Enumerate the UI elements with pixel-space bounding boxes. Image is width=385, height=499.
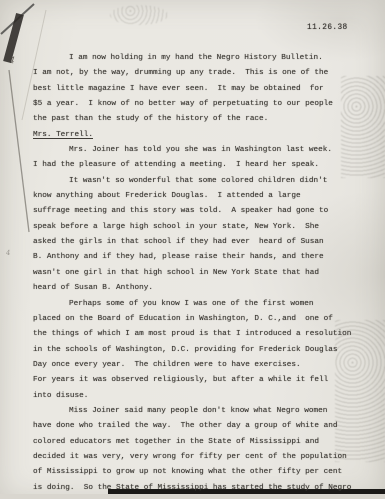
text-line: the things of which I am most proud is t… <box>33 327 368 342</box>
text-line: I am now holding in my hand the Negro Hi… <box>33 51 368 66</box>
text-line: suffrage meeting and this story was told… <box>33 204 368 219</box>
text-line: the past than the study of the history o… <box>33 112 368 127</box>
handwritten-margin-mark: 4 <box>6 249 11 257</box>
text-line: best little magazine I have ever seen. I… <box>33 82 368 97</box>
text-line: into disuse. <box>33 389 368 404</box>
text-line: of Mississippi to grow up not knowing wh… <box>33 465 368 480</box>
paragraph-joiner: Mrs. Joiner has told you she was in Wash… <box>33 143 368 174</box>
text-line: It wasn't so wonderful that some colored… <box>33 174 368 189</box>
text-line: Mrs. Joiner has told you she was in Wash… <box>33 143 368 158</box>
typed-text-body: I am now holding in my hand the Negro Hi… <box>33 51 368 496</box>
text-line: Day once every year. The children were t… <box>33 358 368 373</box>
text-line: I had the pleasure of attending a meetin… <box>33 158 368 173</box>
text-line: heard of Susan B. Anthony. <box>33 281 368 296</box>
text-line: Miss Joiner said many people don't know … <box>33 404 368 419</box>
text-line: Perhaps some of you know I was one of th… <box>33 297 368 312</box>
paragraph-board-of-education: Perhaps some of you know I was one of th… <box>33 297 368 404</box>
section-heading-label: Mrs. Terrell. <box>33 131 93 139</box>
text-line: asked the girls in that school if they h… <box>33 235 368 250</box>
text-line: placed on the Board of Education in Wash… <box>33 312 368 327</box>
date-stamp: 11.26.38 <box>307 24 348 32</box>
text-line: is doing. So the State of Mississippi ha… <box>33 481 368 496</box>
text-line: For years it was observed religiously, b… <box>33 373 368 388</box>
text-line: B. Anthony and if they had, please raise… <box>33 250 368 265</box>
text-line: I am not, by the way, drumming up any tr… <box>33 66 368 81</box>
paragraph-suffrage-story: It wasn't so wonderful that some colored… <box>33 174 368 297</box>
text-line: colored educators met together in the St… <box>33 435 368 450</box>
paragraph-mississippi: Miss Joiner said many people don't know … <box>33 404 368 496</box>
handwritten-margin-mark: 4 <box>8 56 15 67</box>
text-line: speak before a large high school in your… <box>33 220 368 235</box>
text-line: $5 a year. I know of no better way of pe… <box>33 97 368 112</box>
text-line: wasn't one girl in that high school in N… <box>33 266 368 281</box>
paragraph-intro: I am now holding in my hand the Negro Hi… <box>33 51 368 128</box>
text-line: decided it was very, very wrong for fift… <box>33 450 368 465</box>
scan-smudge-artifact <box>110 5 168 25</box>
text-line: in the schools of Washington, D.C. provi… <box>33 343 368 358</box>
text-line: have done who trailed the way. The other… <box>33 419 368 434</box>
section-heading: Mrs. Terrell. <box>33 128 368 143</box>
scanned-typewritten-page: 4 4 11.26.38 I am now holding in my hand… <box>0 0 385 499</box>
text-line: know anything about Frederick Douglas. I… <box>33 189 368 204</box>
